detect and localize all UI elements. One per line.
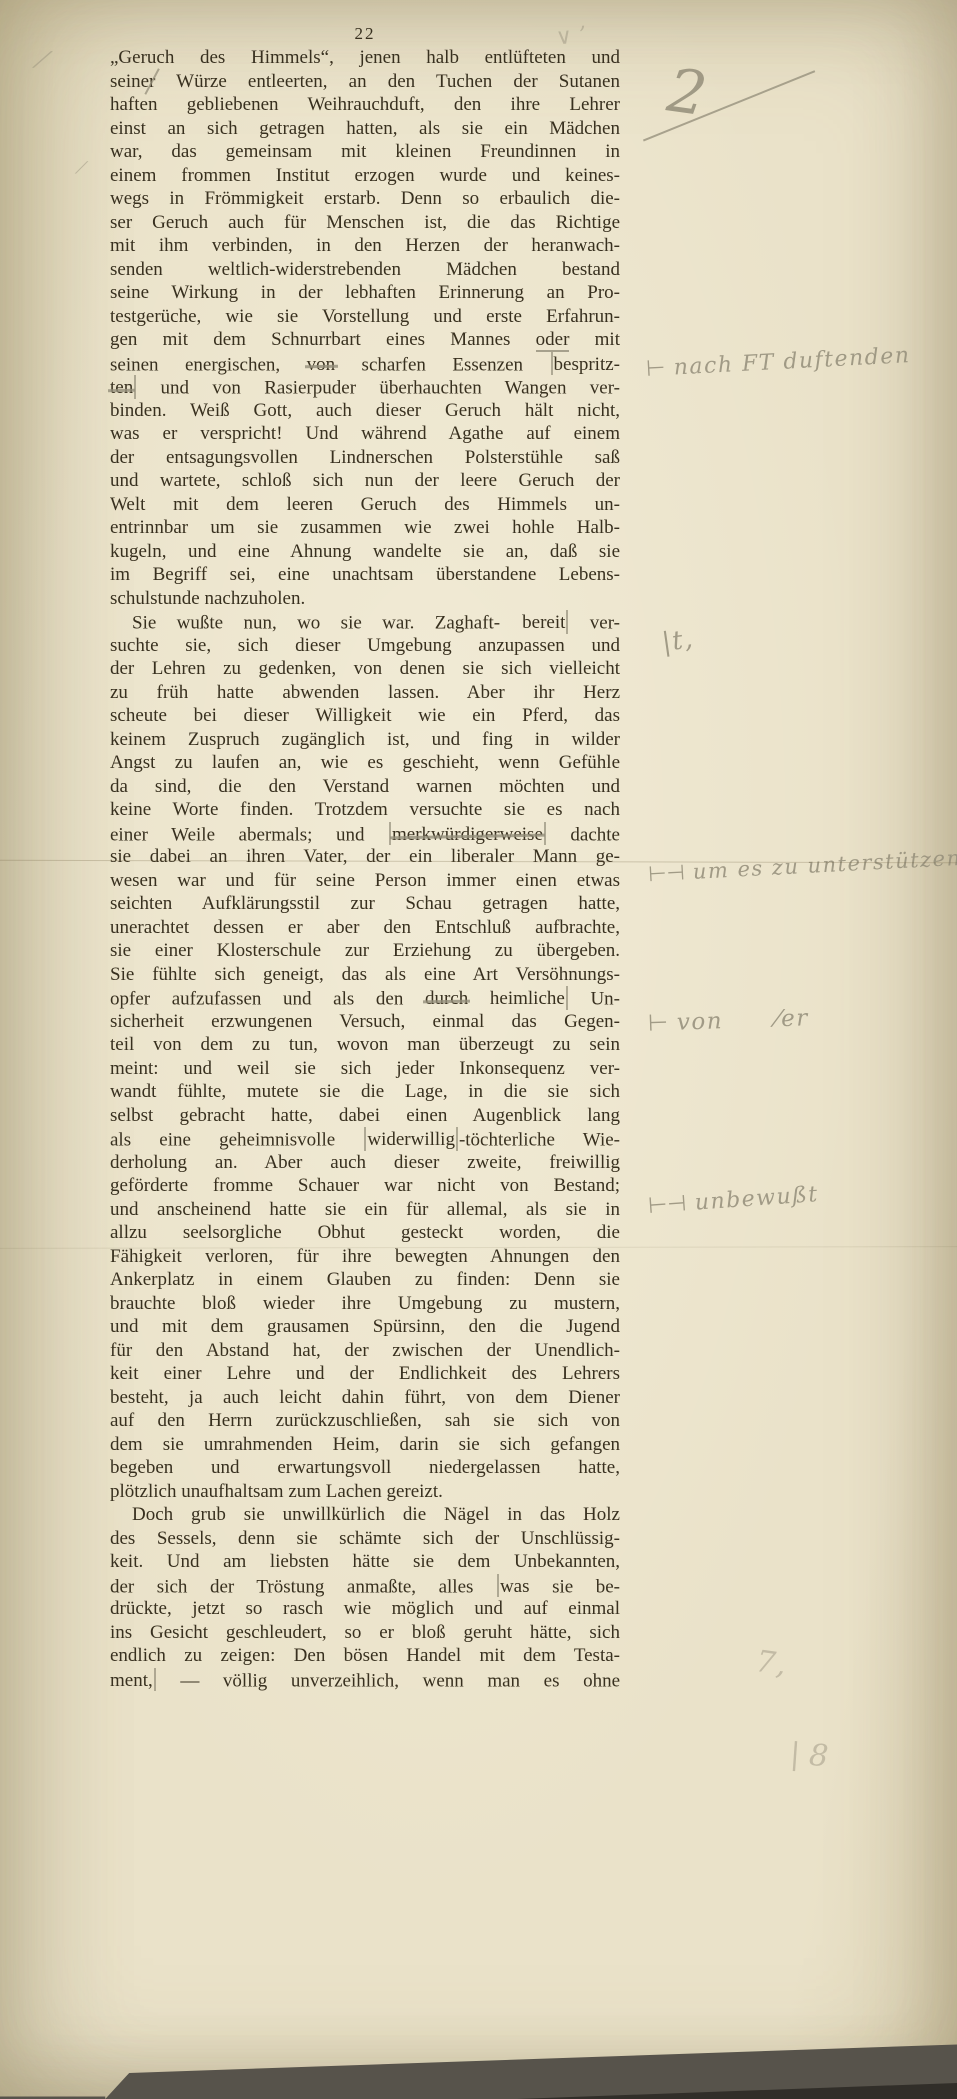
text-line: ment, — völlig unverzeihlich, wenn man e… [110, 1668, 620, 1692]
text-line: keinem Zuspruch zugänglich ist, und fing… [110, 728, 620, 752]
pencil-corrected-word: oder [536, 328, 570, 352]
proofreader-insertion-mark: ⊢ [648, 1010, 669, 1037]
text-line: als eine geheimnisvolle widerwillig-töch… [110, 1127, 620, 1151]
text-line: war, das gemeinsam mit kleinen Freundinn… [110, 140, 620, 164]
margin-note-nach-duftenden: ⊢ nach FT duftenden [646, 343, 912, 382]
text-line: wegs in Frömmigkeit erstarb. Denn so erb… [110, 187, 620, 211]
text-line: kugeln, und eine Ahnung wandelte sie an,… [110, 540, 620, 564]
text-line: keit einer Lehre und der Endlichkeit des… [110, 1362, 620, 1386]
text-line: schulstunde nachzuholen. [110, 587, 620, 611]
margin-note-um-es-zu-unterstuetzen: ⊢⊣ um es zu unterstützen [648, 846, 957, 886]
pencil-bar-mark [389, 822, 391, 846]
text-line: der entsagungsvollen Lindnerschen Polste… [110, 446, 620, 470]
text-line: auf den Herrn zurückzuschließen, sah sie… [110, 1409, 620, 1433]
pencil-bar-mark [566, 986, 568, 1010]
text-line: testgerüche, wie sie Vorstellung und ers… [110, 305, 620, 329]
margin-note-t-comma: |t, [660, 624, 696, 658]
annotation-text: unbewußt [686, 1182, 820, 1216]
pencil-corrected-word: von [307, 353, 336, 377]
text-line: sicherheit erzwungenen Versuch, einmal d… [110, 1010, 620, 1034]
pencil-bar-mark [154, 1668, 156, 1692]
text-line: zu früh hatte abwenden lassen. Aber ihr … [110, 681, 620, 705]
text-line: Ankerplatz in einem Glauben zu finden: D… [110, 1268, 620, 1292]
text-line: meint: und weil sie sich jeder Inkonsequ… [110, 1057, 620, 1081]
text-line: einer Weile abermals; und merkwürdigerwe… [110, 822, 620, 846]
text-line: scheute bei dieser Willigkeit wie ein Pf… [110, 704, 620, 728]
pencil-stroke-top-left: ⁄ [37, 46, 48, 77]
pencil-corrected-word: durch [425, 987, 468, 1011]
annotation-text: ∨ ’ [555, 22, 589, 50]
text-line: im Begriff sei, eine unachtsam überstand… [110, 563, 620, 587]
text-line: „Geruch des Himmels“, jenen halb entlüft… [110, 46, 620, 70]
text-line: was er verspricht! Und während Agathe au… [110, 422, 620, 446]
text-line: brauchte bloß wieder ihre Umgebung zu mu… [110, 1292, 620, 1316]
text-line: drückte, jetzt so rasch wie möglich und … [110, 1597, 620, 1621]
text-line: suchte sie, sich dieser Umgebung anzupas… [110, 634, 620, 658]
text-line: und mit dem grausamen Spürsinn, den die … [110, 1315, 620, 1339]
text-line: da sind, die den Verstand warnen möchten… [110, 775, 620, 799]
text-line: wesen war und für seine Person immer ein… [110, 869, 620, 893]
pencil-bar-mark [497, 1574, 499, 1598]
text-line: und wartete, schloß sich nun der leere G… [110, 469, 620, 493]
text-line: keit. Und am liebsten hätte sie dem Unbe… [110, 1550, 620, 1574]
text-line: seine Wirkung in der lebhaften Erinnerun… [110, 281, 620, 305]
text-line: des Sessels, denn sie schämte sich der U… [110, 1527, 620, 1551]
pencil-mark-7: 7, [754, 1644, 790, 1683]
text-line: opfer aufzufassen und als den durch heim… [110, 986, 620, 1010]
page-number: 22 [110, 24, 620, 44]
text-line: Sie fühlte sich geneigt, das als eine Ar… [110, 963, 620, 987]
pencil-corrected-word: widerwillig [367, 1128, 455, 1152]
annotation-text: von ⁄er [668, 1005, 810, 1036]
text-line: seichten Aufklärungsstil zur Schau getra… [110, 892, 620, 916]
annotation-text: ⁄ [79, 158, 86, 179]
text-line: einst an sich getragen hatten, als sie e… [110, 117, 620, 141]
text-line: ser Geruch auch für Menschen ist, die da… [110, 211, 620, 235]
text-line: unerachtet dessen er aber den Entschluß … [110, 916, 620, 940]
text-line: Welt mit dem leeren Geruch des Himmels u… [110, 493, 620, 517]
text-line: ten und von Rasierpuder überhauchten Wan… [110, 375, 620, 399]
text-line: derholung an. Aber auch dieser zweite, f… [110, 1151, 620, 1175]
pencil-bar-mark [364, 1127, 366, 1151]
pencil-corrected-word: ten [110, 376, 133, 400]
text-line: ins Gesicht geschleudert, so er bloß ger… [110, 1621, 620, 1645]
text-line: keine Worte finden. Trotzdem versuchte s… [110, 798, 620, 822]
text-line: sie dabei an ihren Vater, der ein libera… [110, 845, 620, 869]
text-line: der sich der Tröstung anmaßte, alles was… [110, 1574, 620, 1598]
text-line: für den Abstand hat, der zwischen der Un… [110, 1339, 620, 1363]
pencil-bar-mark [551, 352, 553, 376]
text-line: teil von dem zu tun, wovon man überzeugt… [110, 1033, 620, 1057]
text-line: binden. Weiß Gott, auch dieser Geruch hä… [110, 399, 620, 423]
pencil-stroke-left-margin: ⁄ [79, 158, 86, 179]
text-line: wandt fühlte, mutete sie die Lage, in di… [110, 1080, 620, 1104]
text-line: gen mit dem Schnurrbart eines Mannes ode… [110, 328, 620, 352]
annotation-text: 2 [663, 56, 712, 131]
pencil-corrected-word: bespritz- [554, 353, 620, 377]
text-line: und anscheinend hatte sie ein für allema… [110, 1198, 620, 1222]
text-line: entrinnbar um sie zusammen wie zwei hohl… [110, 516, 620, 540]
text-line: haften gebliebenen Weihrauchduft, den ih… [110, 93, 620, 117]
text-line: sie einer Klosterschule zur Erziehung zu… [110, 939, 620, 963]
text-line: Doch grub sie unwillkürlich die Nägel in… [110, 1503, 620, 1527]
text-line: allzu seelsorgliche Obhut gesteckt worde… [110, 1221, 620, 1245]
pencil-corrected-word: seiner [110, 70, 155, 94]
body-text: „Geruch des Himmels“, jenen halb entlüft… [110, 46, 620, 1691]
annotation-text: | 8 [789, 1737, 831, 1775]
text-line: dem sie umrahmenden Heim, darin sie sich… [110, 1433, 620, 1457]
text-line: seinen energischen, von scharfen Essenze… [110, 352, 620, 376]
margin-note-von-er: ⊢ von ⁄er [648, 1005, 810, 1037]
text-line: einem frommen Institut erzogen wurde und… [110, 164, 620, 188]
text-line: der Lehren zu gedenken, von denen sie si… [110, 657, 620, 681]
text-line: selbst gebracht hatte, dabei einen Augen… [110, 1104, 620, 1128]
text-line: senden weltlich-widerstrebenden Mädchen … [110, 258, 620, 282]
pencil-corrected-word: heimliche [490, 987, 565, 1011]
pencil-corrected-word: ment, [110, 1669, 153, 1693]
pencil-corrected-word: bereit [500, 611, 565, 635]
proofreader-insertion-mark: ⊢⊣ [647, 1191, 687, 1219]
text-line: seiner Würze entleerten, an den Tuchen d… [110, 70, 620, 94]
proofreader-insertion-mark: ⊢⊣ [648, 860, 686, 886]
margin-note-unbewusst: ⊢⊣ unbewußt [647, 1182, 819, 1219]
pencil-mark-8: | 8 [789, 1737, 831, 1775]
text-line: plötzlich unaufhaltsam zum Lachen gereiz… [110, 1480, 620, 1504]
pencil-crossed-number-2: 2 [663, 56, 712, 131]
text-line: Sie wußte nun, wo sie war. Zaghaft-berei… [110, 610, 620, 634]
annotation-text: ⁄ [37, 46, 48, 77]
annotation-text: 7, [754, 1644, 790, 1683]
proofreader-insertion-mark: ⊢ [646, 356, 666, 382]
scanned-page: 22 „Geruch des Himmels“, jenen halb entl… [0, 0, 957, 2099]
pencil-bar-mark [456, 1127, 458, 1151]
annotation-text: nach FT duftenden [665, 343, 911, 381]
annotation-text: |t, [660, 624, 696, 658]
pencil-corrected-word: merkwürdigerweise [392, 823, 543, 847]
pencil-bar-mark [134, 375, 136, 399]
text-line: besteht, ja auch leicht dahin führt, von… [110, 1386, 620, 1410]
pencil-bar-mark [566, 610, 568, 634]
text-line: mit ihm verbinden, in den Herzen der her… [110, 234, 620, 258]
text-line: begeben und erwartungsvoll niedergelasse… [110, 1456, 620, 1480]
pencil-check-mark: ∨ ’ [555, 22, 589, 50]
text-line: geförderte fromme Schauer war nicht von … [110, 1174, 620, 1198]
annotation-text: um es zu unterstützen [684, 846, 957, 884]
pencil-corrected-word: was [500, 1575, 530, 1599]
text-line: Angst zu laufen an, wie es geschieht, we… [110, 751, 620, 775]
pencil-bar-mark [544, 822, 546, 846]
text-line: endlich zu zeigen: Den bösen Handel mit … [110, 1644, 620, 1668]
